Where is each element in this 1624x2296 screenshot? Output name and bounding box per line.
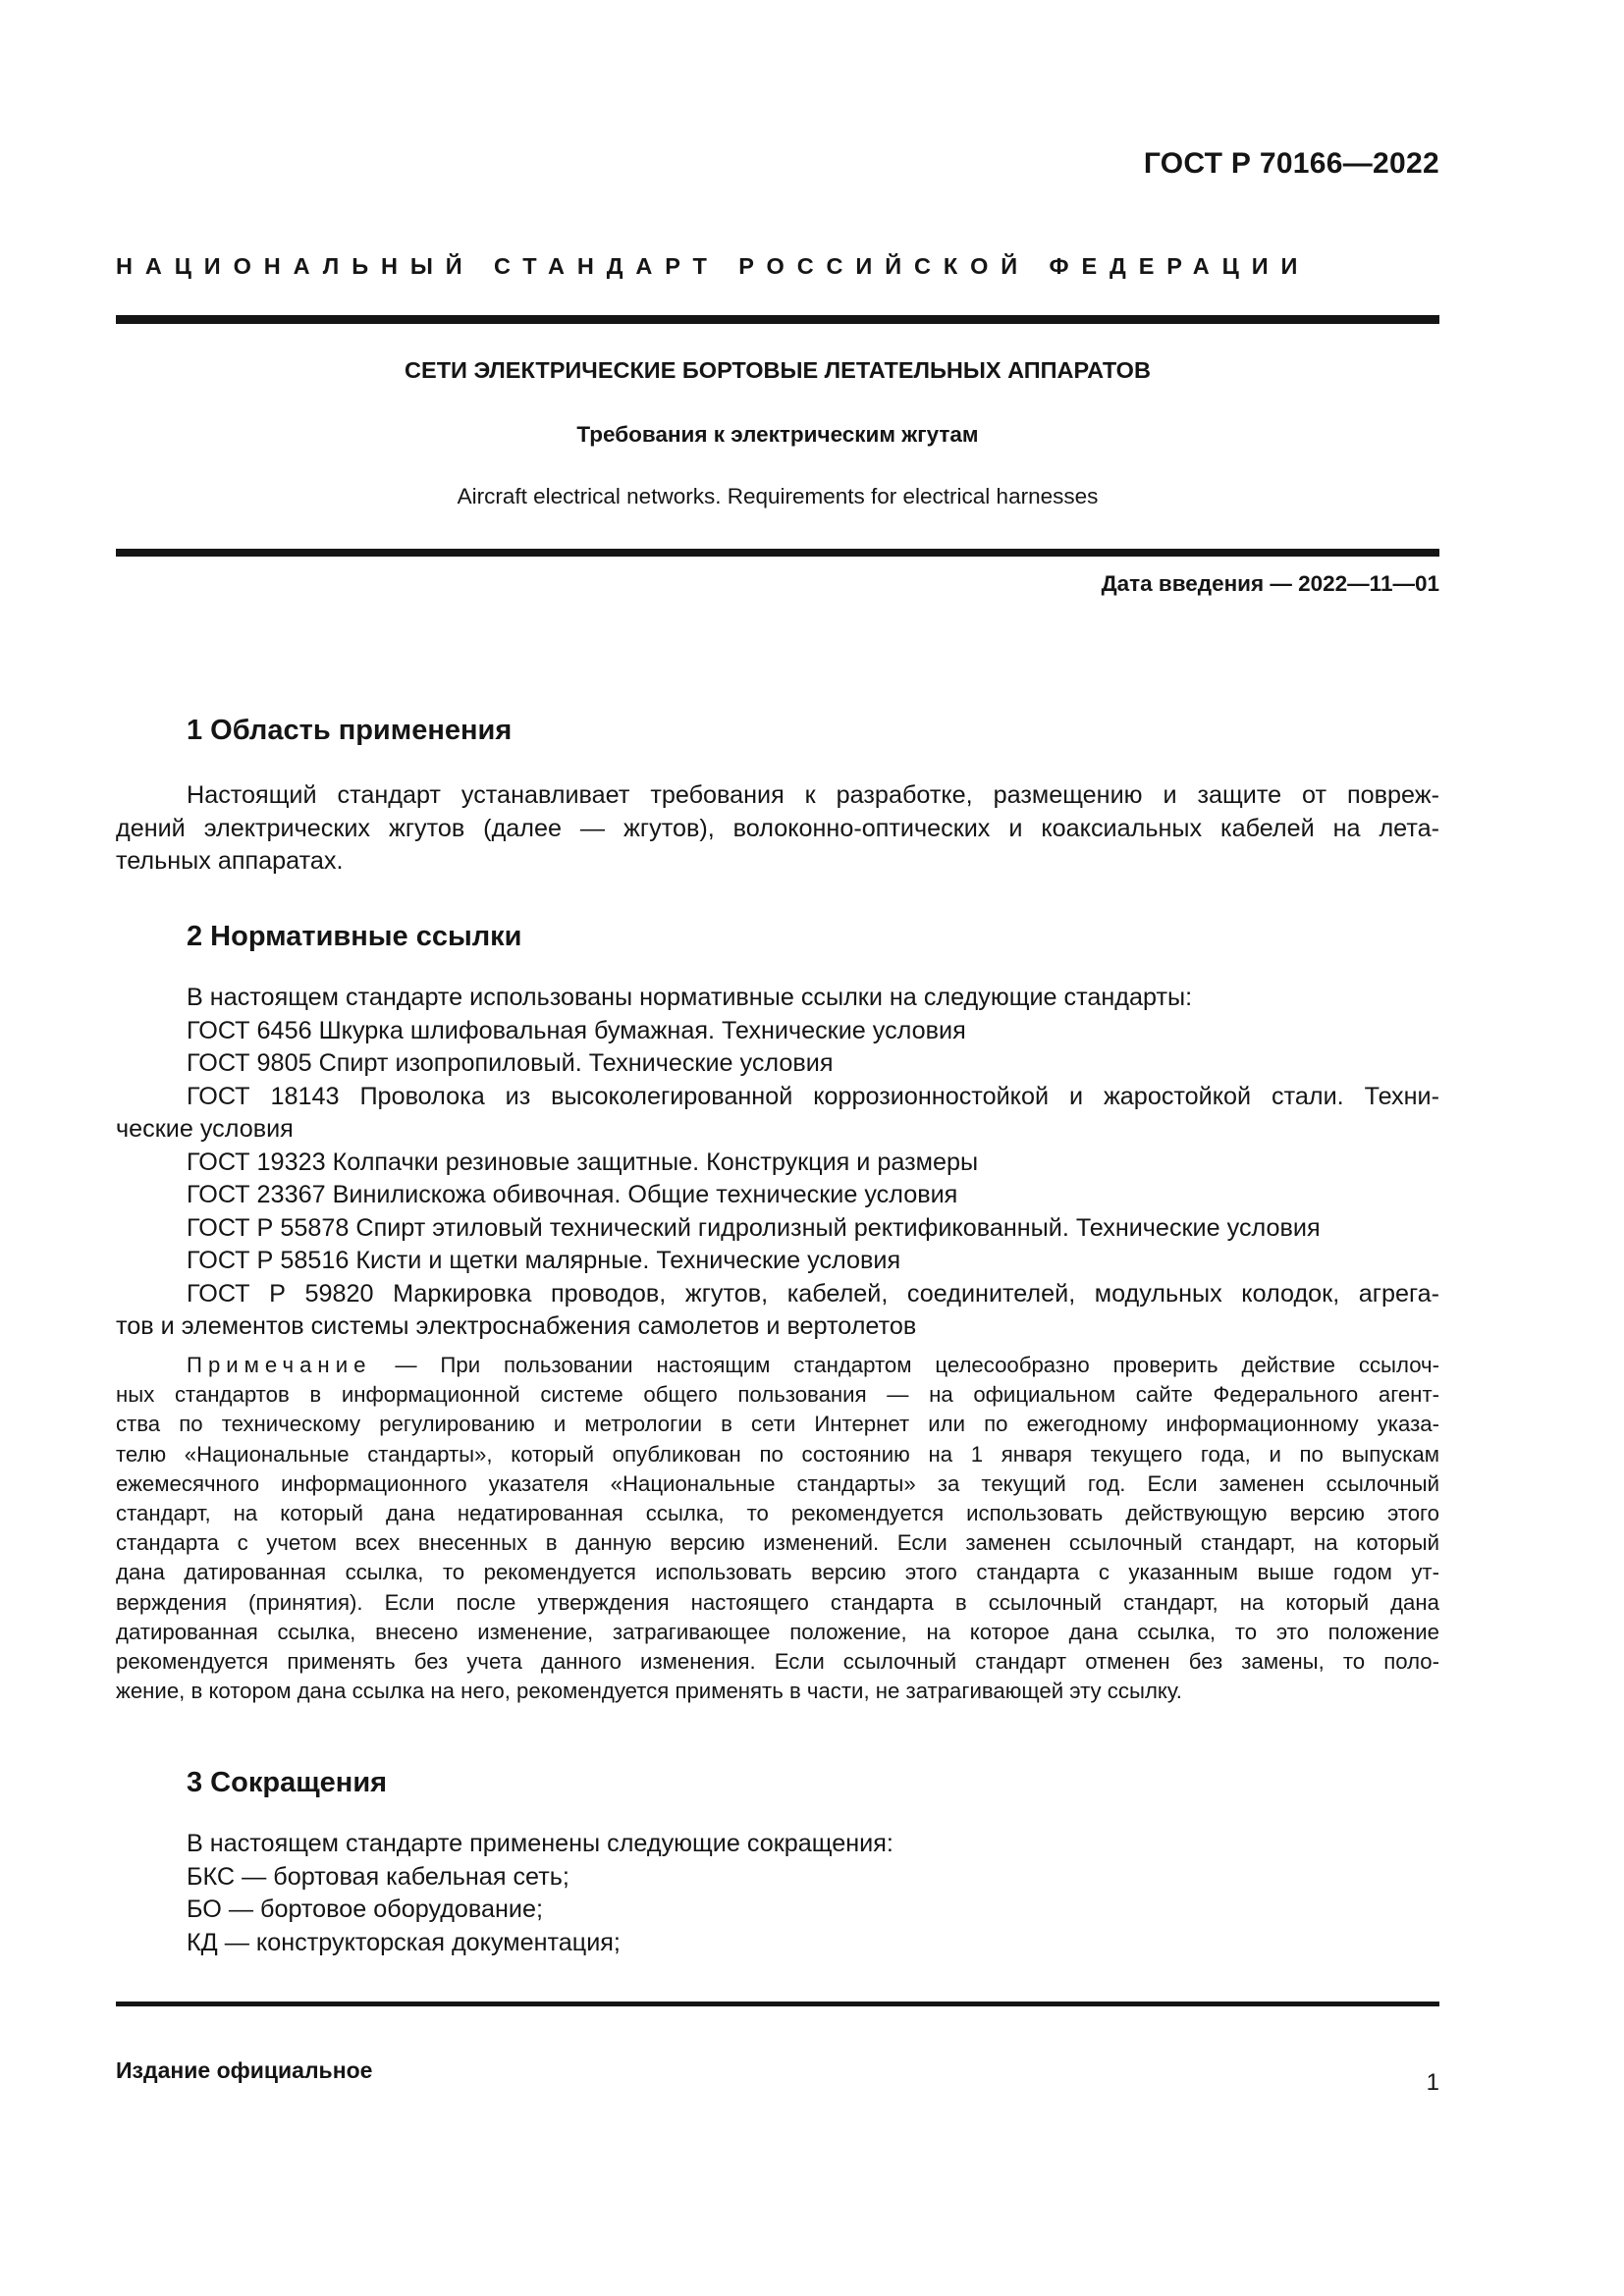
note-line: стандарт, на который дана недатированная… <box>116 1499 1439 1528</box>
note-line: верждения (принятия). Если после утвержд… <box>116 1588 1439 1618</box>
reference-item: ГОСТ Р 58516 Кисти и щетки малярные. Тех… <box>116 1245 1439 1278</box>
note-line: ства по техническому регулированию и мет… <box>116 1410 1439 1439</box>
references-note: Примечание — При пользовании настоящим с… <box>116 1351 1439 1706</box>
reference-item: ГОСТ 23367 Винилискожа обивочная. Общие … <box>116 1179 1439 1212</box>
note-text: — При пользовании настоящим стандартом ц… <box>371 1353 1439 1377</box>
note-line: датированная ссылка, внесено изменение, … <box>116 1618 1439 1647</box>
abbreviation-item: КД — конструкторская документация; <box>116 1927 1439 1960</box>
reference-item: ГОСТ 6456 Шкурка шлифовальная бумажная. … <box>116 1015 1439 1048</box>
title-divider <box>116 549 1439 557</box>
section-heading-abbreviations: 3 Сокращения <box>187 1767 387 1799</box>
introduction-date: Дата введения — 2022—11—01 <box>116 571 1439 597</box>
section-heading-references: 2 Нормативные ссылки <box>187 921 522 953</box>
note-label: Примечание <box>187 1353 371 1377</box>
section-abbreviations-body: В настоящем стандарте применены следующи… <box>116 1828 1439 1959</box>
reference-item: ГОСТ Р 59820 Маркировка проводов, жгутов… <box>116 1278 1439 1311</box>
reference-item-continuation: тов и элементов системы электроснабжения… <box>116 1310 1439 1344</box>
abbreviations-intro: В настоящем стандарте применены следующи… <box>116 1828 1439 1861</box>
national-standard-text: НАЦИОНАЛЬНЫЙ СТАНДАРТ РОССИЙСКОЙ ФЕДЕРАЦ… <box>116 253 1310 279</box>
reference-item: ГОСТ 18143 Проволока из высоколегированн… <box>116 1081 1439 1114</box>
section-references-body: В настоящем стандарте использованы норма… <box>116 982 1439 1344</box>
reference-item: ГОСТ Р 55878 Спирт этиловый технический … <box>116 1212 1439 1246</box>
document-number: ГОСТ Р 70166—2022 <box>116 147 1439 181</box>
text-line: дений электрических жгутов (далее — жгут… <box>116 813 1439 846</box>
document-title-english: Aircraft electrical networks. Requiremen… <box>116 484 1439 509</box>
document-subtitle: Требования к электрическим жгутам <box>116 422 1439 448</box>
reference-item: ГОСТ 9805 Спирт изопропиловый. Техническ… <box>116 1047 1439 1081</box>
reference-item: ГОСТ 19323 Колпачки резиновые защитные. … <box>116 1147 1439 1180</box>
national-standard-banner: НАЦИОНАЛЬНЫЙ СТАНДАРТ РОССИЙСКОЙ ФЕДЕРАЦ… <box>116 253 1439 280</box>
footer-divider <box>116 2002 1439 2006</box>
abbreviation-item: БО — бортовое оборудование; <box>116 1894 1439 1927</box>
section-heading-scope: 1 Область применения <box>187 715 512 747</box>
document-title: СЕТИ ЭЛЕКТРИЧЕСКИЕ БОРТОВЫЕ ЛЕТАТЕЛЬНЫХ … <box>116 357 1439 384</box>
note-line: дана датированная ссылка, то рекомендует… <box>116 1558 1439 1587</box>
note-line: жение, в котором дана ссылка на него, ре… <box>116 1677 1439 1706</box>
reference-item-continuation: ческие условия <box>116 1113 1439 1147</box>
text-line: тельных аппаратах. <box>116 845 1439 879</box>
note-line: телю «Национальные стандарты», который о… <box>116 1440 1439 1469</box>
abbreviation-item: БКС — бортовая кабельная сеть; <box>116 1861 1439 1895</box>
note-line: ных стандартов в информационной системе … <box>116 1380 1439 1410</box>
page-number: 1 <box>116 2069 1439 2097</box>
note-first-line: Примечание — При пользовании настоящим с… <box>116 1351 1439 1380</box>
references-intro: В настоящем стандарте использованы норма… <box>116 982 1439 1015</box>
note-line: стандарта с учетом всех внесенных в данн… <box>116 1528 1439 1558</box>
top-divider <box>116 315 1439 324</box>
note-line: ежемесячного информационного указателя «… <box>116 1469 1439 1499</box>
note-line: рекомендуется применять без учета данног… <box>116 1647 1439 1677</box>
text-line: Настоящий стандарт устанавливает требова… <box>116 779 1439 813</box>
section-scope-body: Настоящий стандарт устанавливает требова… <box>116 779 1439 879</box>
